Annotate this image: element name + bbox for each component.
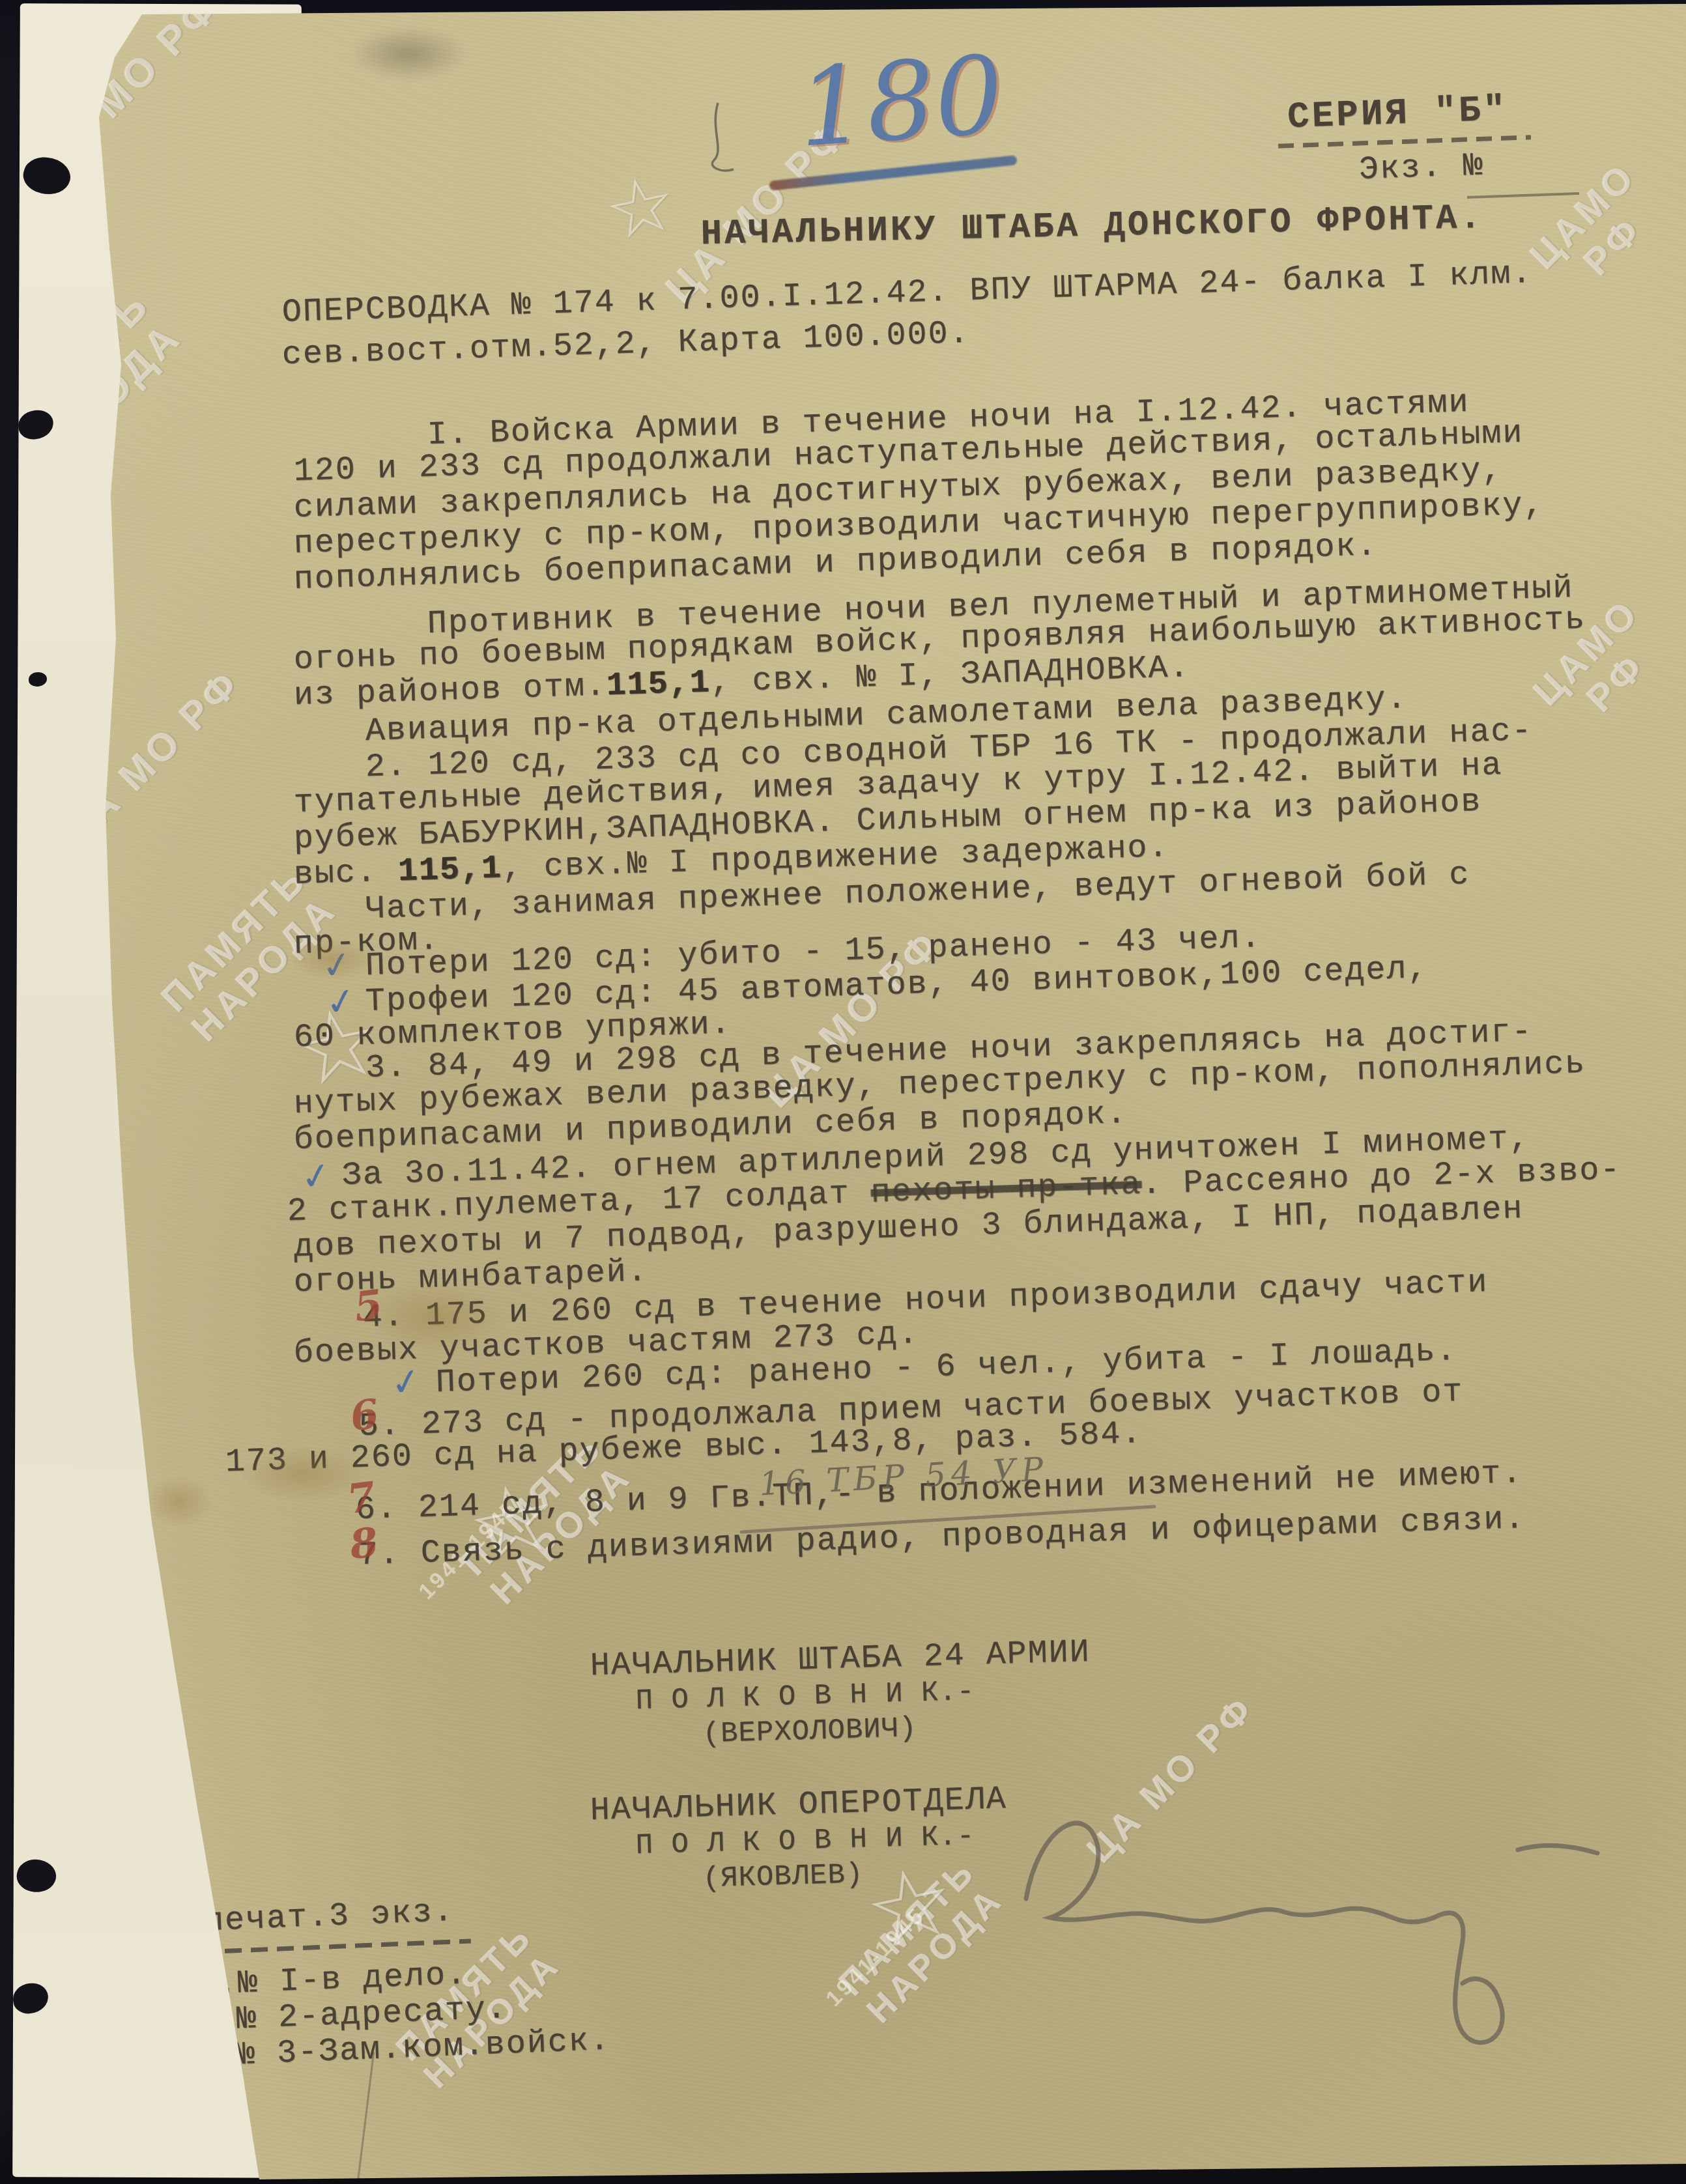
typed-text: 115,1 xyxy=(606,664,711,705)
stain xyxy=(290,938,375,980)
footer-dash-line xyxy=(199,1939,471,1955)
crease-line xyxy=(357,2052,375,2182)
signature-title: НАЧАЛЬНИК ШТАБА 24 АРМИИ xyxy=(590,1634,1091,1685)
signature-name: (ЯКОВЛЕВ) xyxy=(702,1858,864,1895)
red-correction-digit: 6 xyxy=(348,1390,382,1441)
watermark-star-icon: ☆ xyxy=(597,156,685,259)
document-page: ЦА МО РФЦА МО РФЦАМО РФПАМЯТЬ НАРОДАЦА М… xyxy=(0,0,1686,2184)
typed-text: 115,1 xyxy=(397,850,503,890)
watermark-text: ЦАМО РФ xyxy=(1507,139,1686,322)
check-mark: ✓ xyxy=(298,1153,335,1200)
copy-number-label: Экз. № xyxy=(1358,147,1485,189)
ink-squiggle xyxy=(704,98,795,182)
stain xyxy=(241,1446,365,1501)
handwritten-page-number: 180 xyxy=(794,32,1008,171)
copy-number-line xyxy=(1467,192,1579,199)
smudge xyxy=(349,26,469,81)
stain xyxy=(147,1475,212,1527)
addressee-title: НАЧАЛЬНИКУ ШТАБА ДОНСКОГО ФРОНТА. xyxy=(700,199,1483,255)
stain xyxy=(368,1283,505,1352)
handwritten-signature xyxy=(977,1759,1616,2006)
signature-name: (ВЕРХОЛОВИЧ) xyxy=(702,1712,917,1751)
red-correction-digit: 8 xyxy=(347,1518,381,1569)
document-scan: ЦА МО РФЦА МО РФЦАМО РФПАМЯТЬ НАРОДАЦА М… xyxy=(0,0,1686,2184)
footer-note: печат.3 экз. xyxy=(203,1893,455,1940)
series-label: СЕРИЯ "Б" xyxy=(1287,89,1508,138)
typed-text: выс. xyxy=(293,853,399,894)
